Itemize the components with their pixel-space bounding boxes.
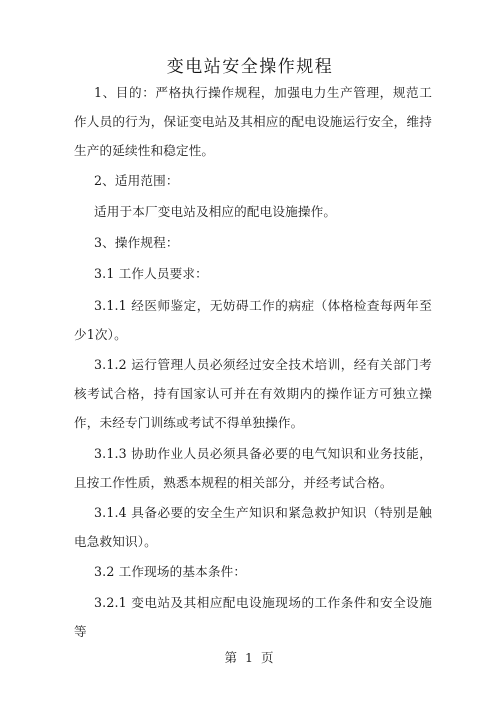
paragraph-3-1-2: 3.1.2 运行管理人员必须经过安全技术培训，经有关部门考核考试合格，持有国家认… [74, 350, 432, 437]
document-title: 变电站安全操作规程 [0, 52, 500, 77]
paragraph-site-conditions-heading: 3.2 工作现场的基本条件： [74, 557, 432, 586]
paragraph-3-1-4: 3.1.4 具备必要的安全生产知识和紧急救护知识（特别是触电急救知识）。 [74, 498, 432, 556]
paragraph-staff-requirements-heading: 3.1 工作人员要求： [74, 259, 432, 288]
page-number: 第 1 页 [0, 648, 500, 666]
paragraph-procedure-heading: 3、操作规程： [74, 228, 432, 257]
paragraph-scope: 适用于本厂变电站及相应的配电设施操作。 [74, 197, 432, 226]
paragraph-3-1-1: 3.1.1 经医师鉴定，无妨碍工作的病症（体格检查每两年至少1次）。 [74, 291, 432, 349]
paragraph-3-2-1: 3.2.1 变电站及其相应配电设施现场的工作条件和安全设施 等 [74, 588, 432, 646]
paragraph-3-1-3: 3.1.3 协助作业人员必须具备必要的电气知识和业务技能，且按工作性质，熟悉本规… [74, 439, 432, 497]
paragraph-scope-heading: 2、适用范围： [74, 166, 432, 195]
paragraph-purpose: 1、目的：严格执行操作规程，加强电力生产管理，规范工作人员的行为，保证变电站及其… [74, 78, 432, 165]
